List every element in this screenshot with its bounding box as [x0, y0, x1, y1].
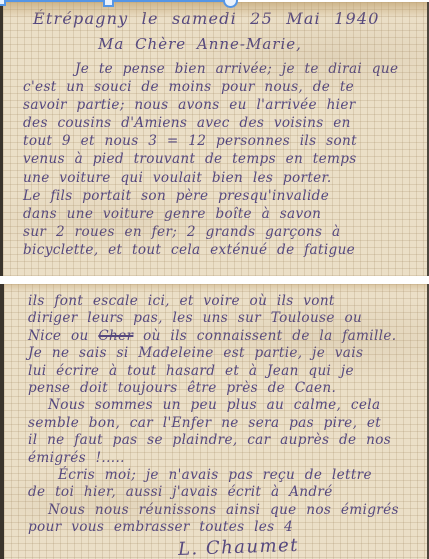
letter-line: Je te pense bien arrivée; je te dirai qu…	[75, 60, 427, 78]
letter-body-1: Je te pense bien arrivée; je te dirai qu…	[3, 60, 427, 259]
letter-line: diriger leurs pas, les uns sur Toulouse …	[28, 310, 427, 327]
letter-page-fragment-1: Étrépagny le samedi 25 Mai 1940 Ma Chère…	[0, 2, 429, 276]
letter-line: des cousins d'Amiens avec des voisins en	[23, 114, 427, 132]
scanned-letter-screenshot: Étrépagny le samedi 25 Mai 1940 Ma Chère…	[0, 0, 429, 559]
selection-handle-square[interactable]	[103, 0, 114, 7]
letter-line: Le fils portait son père presqu'invalide	[23, 187, 427, 205]
letter-line: semble bon, car l'Enfer ne sera pas pire…	[28, 415, 427, 432]
letter-line: c'est un souci de moins pour nous, de te	[23, 78, 427, 96]
letter-line: bicyclette, et tout cela exténué de fati…	[23, 241, 427, 259]
letter-line: pense doit toujours être près de Caen.	[28, 380, 427, 397]
letter-line-with-strikeout: Nice ou Cher où ils connaissent de la fa…	[28, 328, 427, 345]
letter-line: Écris moi; je n'avais pas reçu de lettre	[58, 467, 427, 484]
letter-line: tout 9 et nous 3 = 12 personnes ils sont	[23, 132, 427, 150]
letter-line-text: Nice ou	[28, 328, 98, 344]
letter-line: lui écrire à tout hasard et à Jean qui j…	[28, 363, 427, 380]
letter-line: une voiture qui voulait bien les porter.	[23, 169, 427, 187]
letter-line: venus à pied trouvant de temps en temps	[23, 150, 427, 168]
struck-out-word: Cher	[98, 328, 133, 344]
selection-border-top[interactable]	[0, 0, 233, 2]
letter-line: savoir partie; nous avons eu l'arrivée h…	[23, 96, 427, 114]
letter-line: dans une voiture genre boîte à savon	[23, 205, 427, 223]
letter-page-fragment-2: ils font escale ici, et voire où ils von…	[0, 284, 429, 559]
letter-line: Nous nous réunissons ainsi que nos émigr…	[48, 502, 427, 519]
letter-line-text: où ils connaissent de la famille.	[133, 328, 396, 344]
letter-line: il ne faut pas se plaindre, car auprès d…	[28, 432, 427, 449]
letter-body-2: ils font escale ici, et voire où ils von…	[4, 284, 427, 559]
letter-dateline: Étrépagny le samedi 25 Mai 1940	[33, 9, 427, 28]
letter-line: de toi hier, aussi j'avais écrit à André	[28, 484, 427, 501]
letter-line: ils font escale ici, et voire où ils von…	[28, 293, 427, 310]
letter-salutation: Ma Chère Anne-Marie,	[98, 35, 427, 53]
selection-handle-corner[interactable]	[0, 0, 6, 6]
letter-line: émigrés !.....	[28, 450, 427, 467]
letter-line: Nous sommes un peu plus au calme, cela	[48, 397, 427, 414]
letter-line: Je ne sais si Madeleine est partie, je v…	[28, 345, 427, 362]
letter-line: sur 2 roues en fer; 2 grands garçons à	[23, 223, 427, 241]
